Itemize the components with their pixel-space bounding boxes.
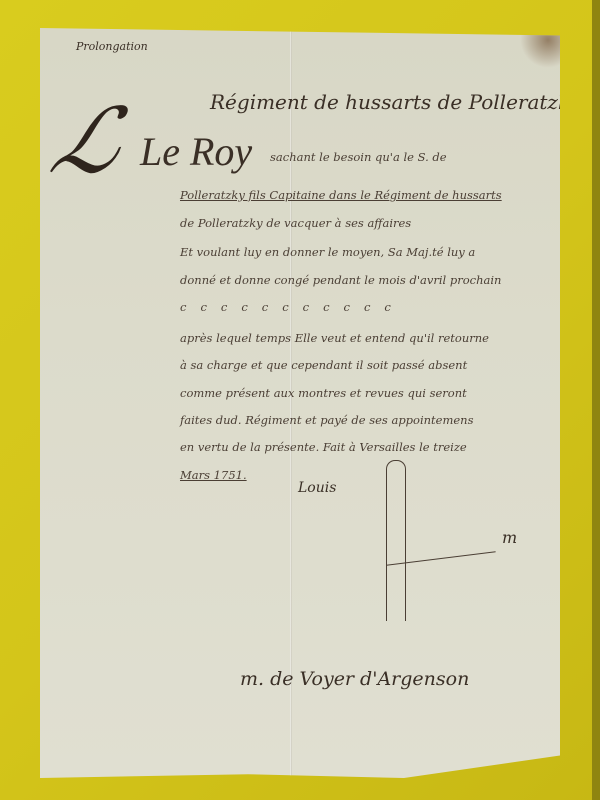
body-line: de Polleratzky de vacquer à ses affaires [180, 216, 411, 230]
date-line: Mars 1751. [180, 468, 247, 482]
body-line: sachant le besoin qu'a le S. de [270, 150, 447, 164]
body-line: Et voulant luy en donner le moyen, Sa Ma… [180, 245, 475, 259]
body-line: Polleratzky fils Capitaine dans le Régim… [180, 188, 502, 202]
filler-line: ccccccccccc [180, 300, 405, 314]
countersignature: m. de Voyer d'Argenson [240, 668, 469, 690]
signature-flourish [386, 460, 406, 621]
body-line: comme présent aux montres et revues qui … [180, 386, 467, 400]
opening-le-roy: Le Roy [140, 128, 252, 175]
decorative-initial: ℒ [41, 98, 135, 188]
regiment-heading: Régiment de hussarts de Polleratzky [210, 90, 581, 114]
body-line: à sa charge et que cependant il soit pas… [180, 358, 467, 372]
document-paper: Prolongation Régiment de hussarts de Pol… [40, 28, 560, 778]
background-edge [592, 0, 600, 800]
heading-label: Prolongation [76, 40, 148, 53]
paper-stain [520, 28, 560, 68]
paper-fold [290, 28, 292, 778]
signature-mark: m [502, 528, 517, 547]
body-line: en vertu de la présente. Fait à Versaill… [180, 440, 467, 454]
signature-king: Louis [298, 480, 336, 496]
body-line: après lequel temps Elle veut et entend q… [180, 331, 489, 345]
body-line: faites dud. Régiment et payé de ses appo… [180, 413, 474, 427]
body-line: donné et donne congé pendant le mois d'a… [180, 273, 501, 287]
